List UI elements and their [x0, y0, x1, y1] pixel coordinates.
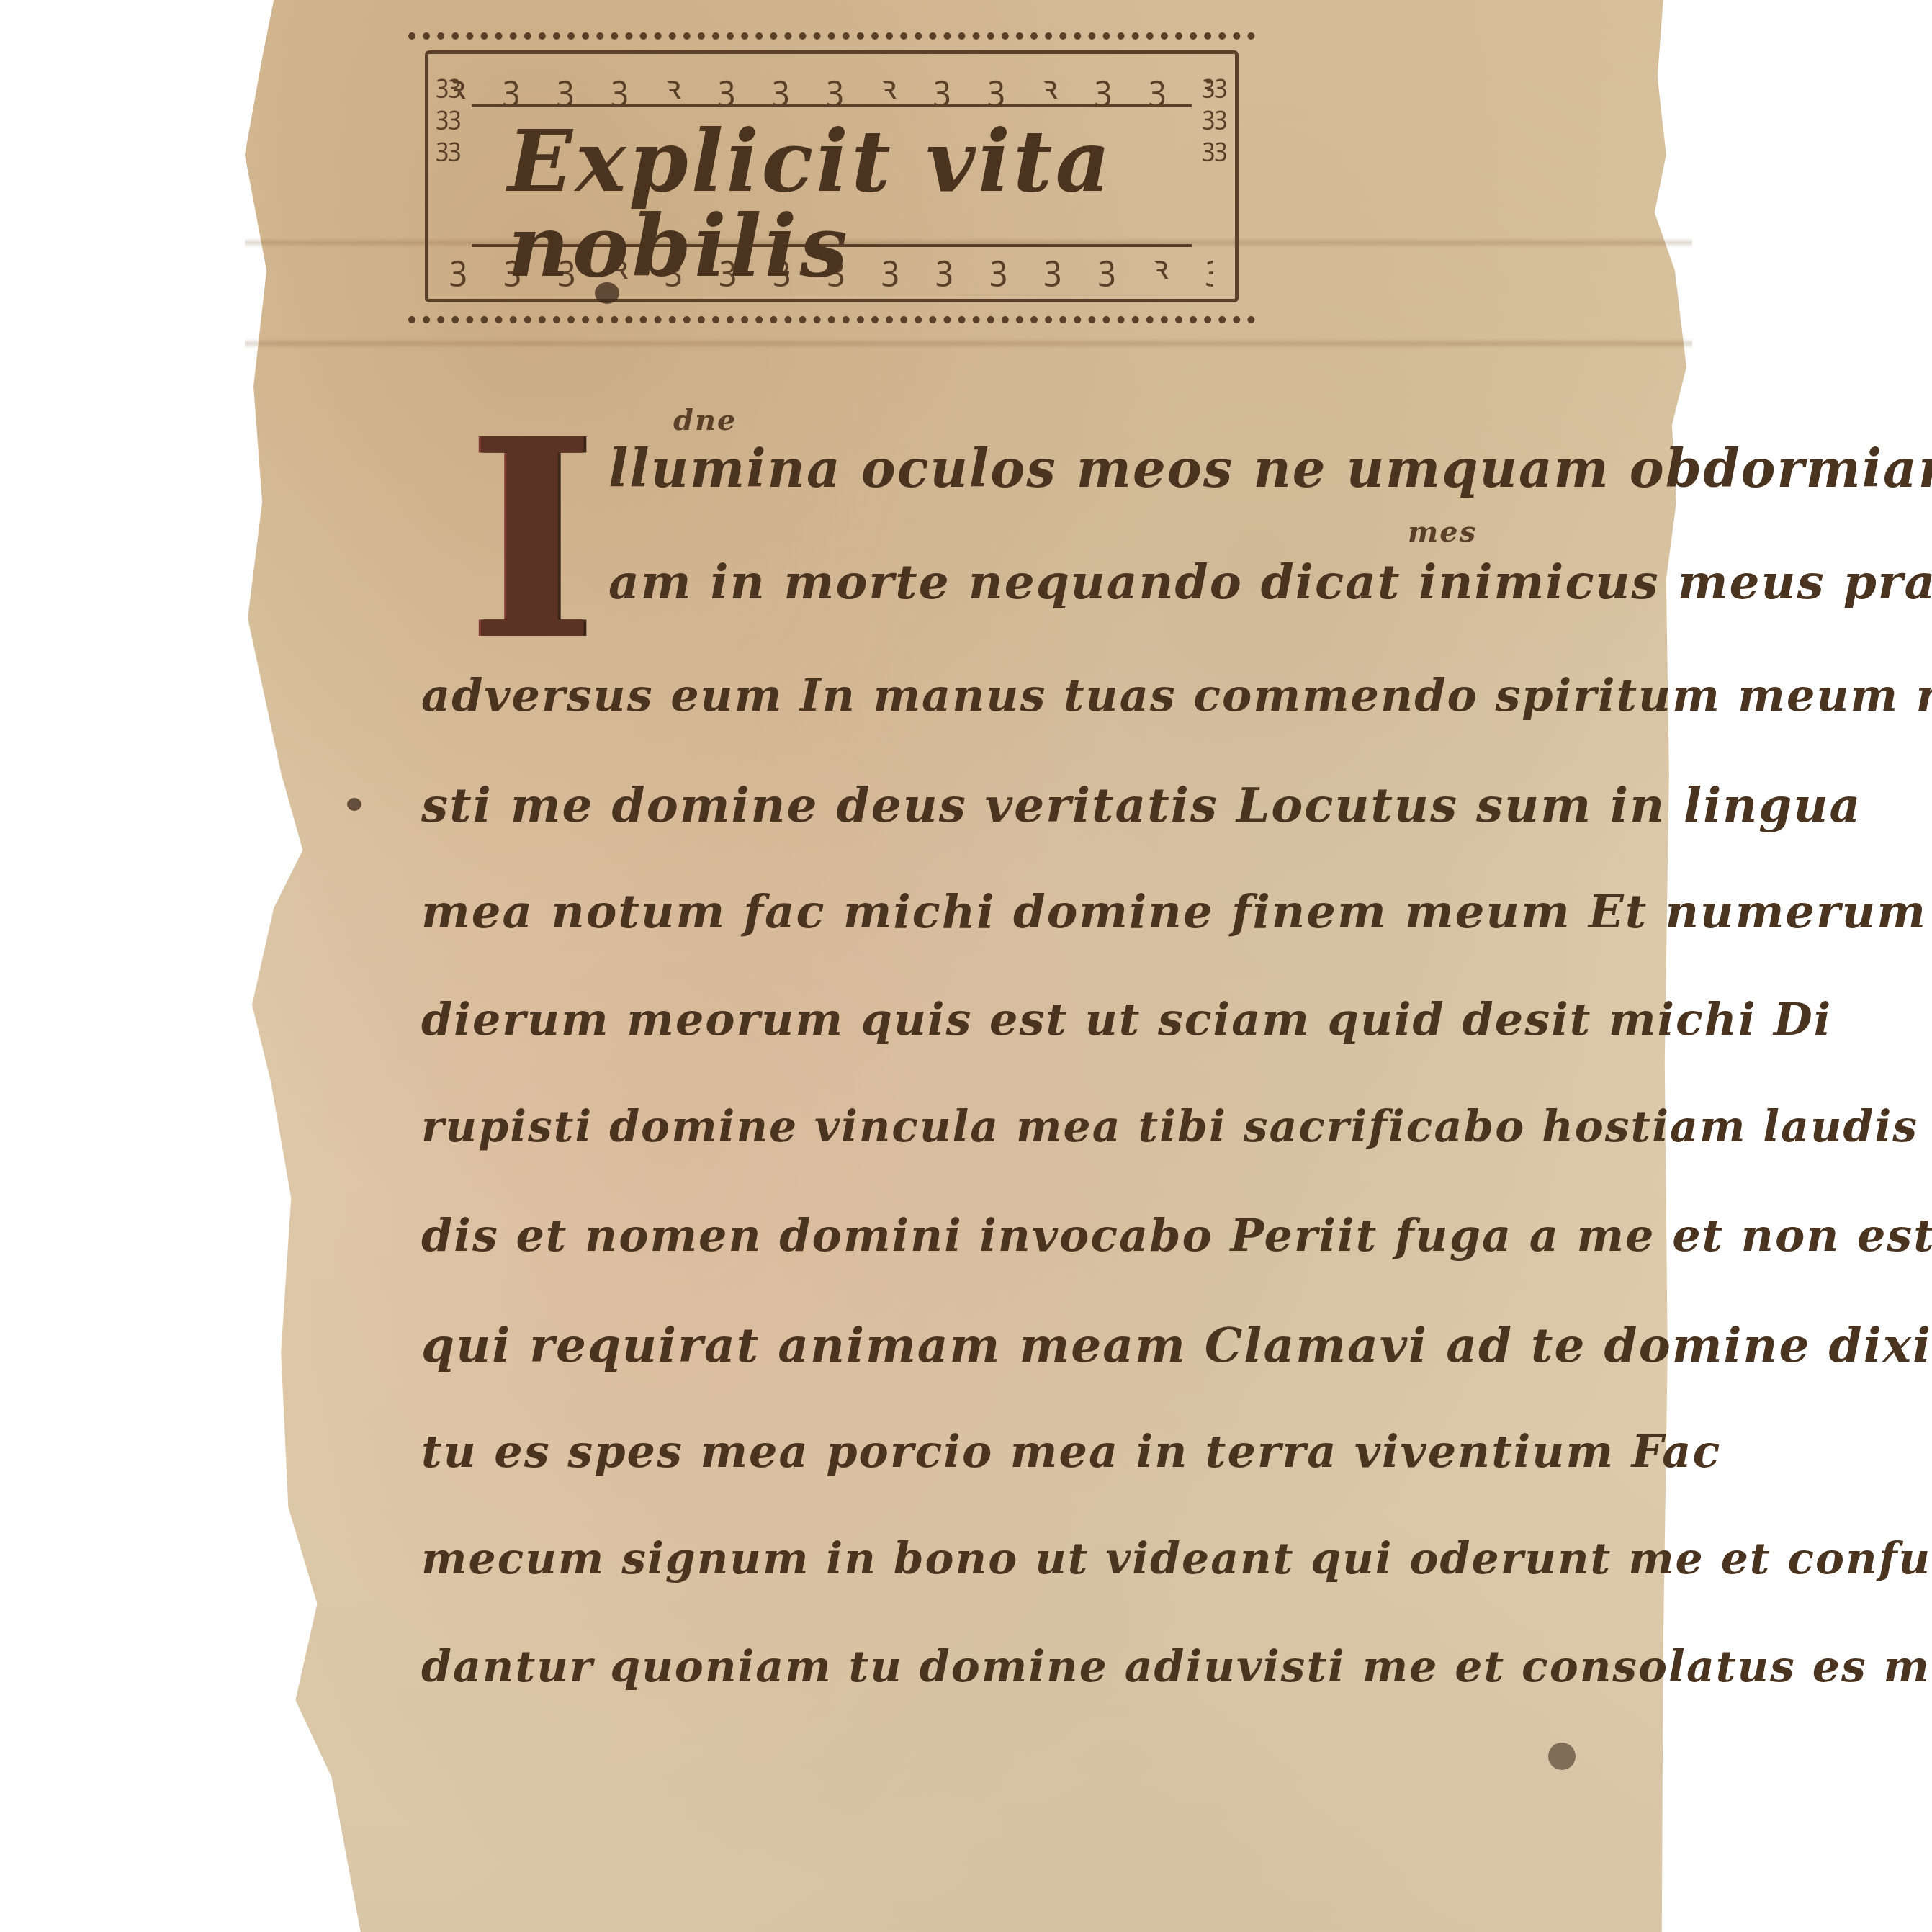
text-line-11: mecum signum in bono ut videant qui oder…: [421, 1537, 1932, 1581]
text-line-1: llumina oculos meos ne umquam obdormiam: [608, 443, 1932, 495]
interlinear-gloss: dne: [673, 403, 737, 437]
text-line-3: adversus eum In manus tuas commendo spir…: [421, 673, 1932, 718]
ink-blot: [347, 798, 361, 811]
text-line-10: tu es spes mea porcio mea in terra viven…: [421, 1429, 1721, 1474]
text-line-6: dierum meorum quis est ut sciam quid des…: [421, 997, 1832, 1042]
parchment-fold: [245, 338, 1692, 349]
decorated-initial: I: [468, 403, 596, 677]
interlinear-gloss: mes: [1408, 515, 1477, 549]
decorated-heading-frame: ꝛ ꝫ ꝫ ꝫ ꝛ ꝫ ꝫ ꝫ ꝛ ꝫ ꝫ ꝛ ꝫ ꝫ ꝛ ꝫ ꝫ ꝫ ꝫ ꝛ …: [425, 50, 1239, 302]
ink-blot: [1548, 1743, 1576, 1770]
text-line-4: sti me domine deus veritatis Locutus sum…: [421, 781, 1861, 829]
text-line-2: am in morte nequando dicat inimicus meus…: [608, 558, 1932, 606]
ink-blot: [595, 282, 619, 304]
text-line-12: dantur quoniam tu domine adiuvisti me et…: [421, 1645, 1932, 1689]
photo-stage: ꝛ ꝫ ꝫ ꝫ ꝛ ꝫ ꝫ ꝫ ꝛ ꝫ ꝫ ꝛ ꝫ ꝫ ꝛ ꝫ ꝫ ꝫ ꝫ ꝛ …: [0, 0, 1932, 1932]
text-line-5: mea notum fac michi domine finem meum Et…: [421, 889, 1927, 935]
text-line-8: dis et nomen domini invocabo Periit fuga…: [421, 1213, 1932, 1258]
heading-explicit: Explicit vita nobilis: [508, 119, 1235, 289]
frame-ornament-top: ꝛ ꝫ ꝫ ꝫ ꝛ ꝫ ꝫ ꝫ ꝛ ꝫ ꝫ ꝛ ꝫ ꝫ ꝛ ꝫ: [450, 64, 1213, 109]
text-line-7: rupisti domine vincula mea tibi sacrific…: [421, 1105, 1918, 1149]
frame-ornament-left: ꝫꝫꝫꝫꝫꝫ: [434, 68, 463, 284]
text-line-9: qui requirat animam meam Clamavi ad te d…: [421, 1321, 1932, 1369]
